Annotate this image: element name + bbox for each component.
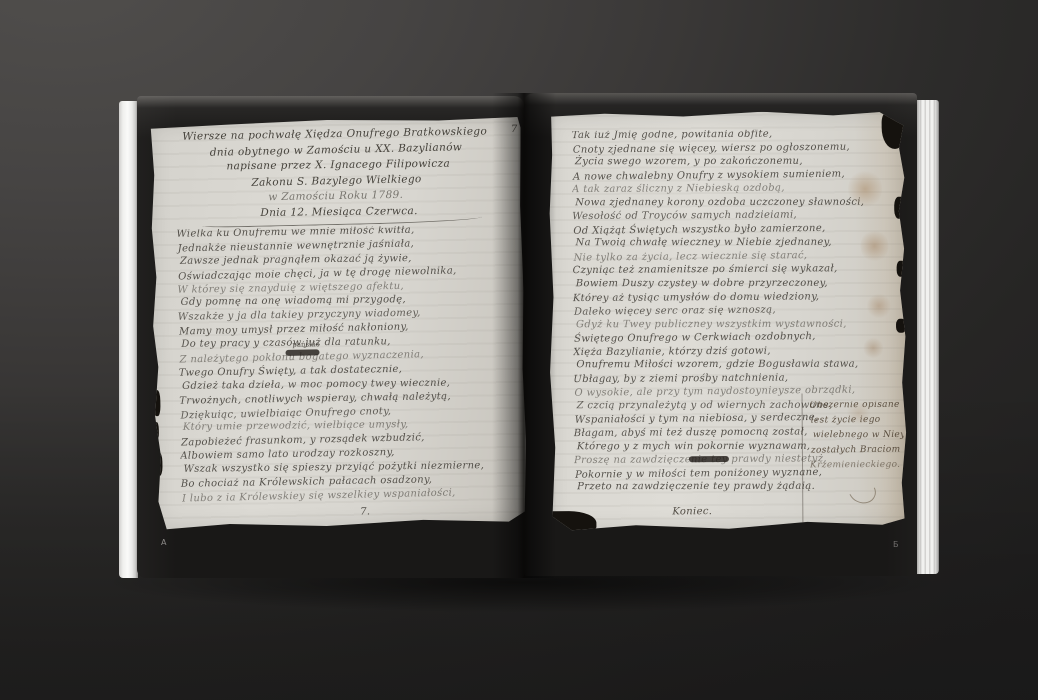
plate-label-right: Б [893,541,899,549]
end-mark: Koniec. [642,506,742,518]
left-manuscript-photo: Wiersze na pochwałę Xiędza Onufrego Brat… [148,116,527,530]
stain [863,337,883,359]
handwritten-line: Przeto na zawdzięczenie tey prawdy żądai… [577,482,884,496]
right-manuscript-photo: Tak iuż Jmię godne, powitania obfite,Cno… [548,111,908,531]
stain [860,229,888,263]
stain [846,401,872,425]
stain [848,169,882,209]
left-poem: Wielka ku Onufremu we mnie miłość kwitła… [176,224,519,508]
stain [867,293,891,319]
folio-number: 7 [511,124,518,135]
handwritten-line: Bowiem Duszy czystey w dobre przyrzeczon… [576,279,884,293]
manuscript-title: Wiersze na pochwałę Xiędza Onufrego Brat… [165,126,507,225]
page-number: 7. [315,506,415,519]
handwritten-line: Krzemienieckiego. [810,461,904,477]
inserted-word: pańskie [292,340,320,348]
ink-blot-correction [689,456,729,462]
plate-label-left: А [161,539,166,547]
left-page-stack-edge [119,101,138,578]
right-page-stack-edge [917,100,939,574]
handwritten-line: Onufremu Miłości wzorem, gdzie Bogusławi… [576,360,884,374]
ink-blot-correction [285,349,319,356]
scene-background: { "colors": { "paper": "#dbd9d3", "ink":… [0,0,1038,700]
